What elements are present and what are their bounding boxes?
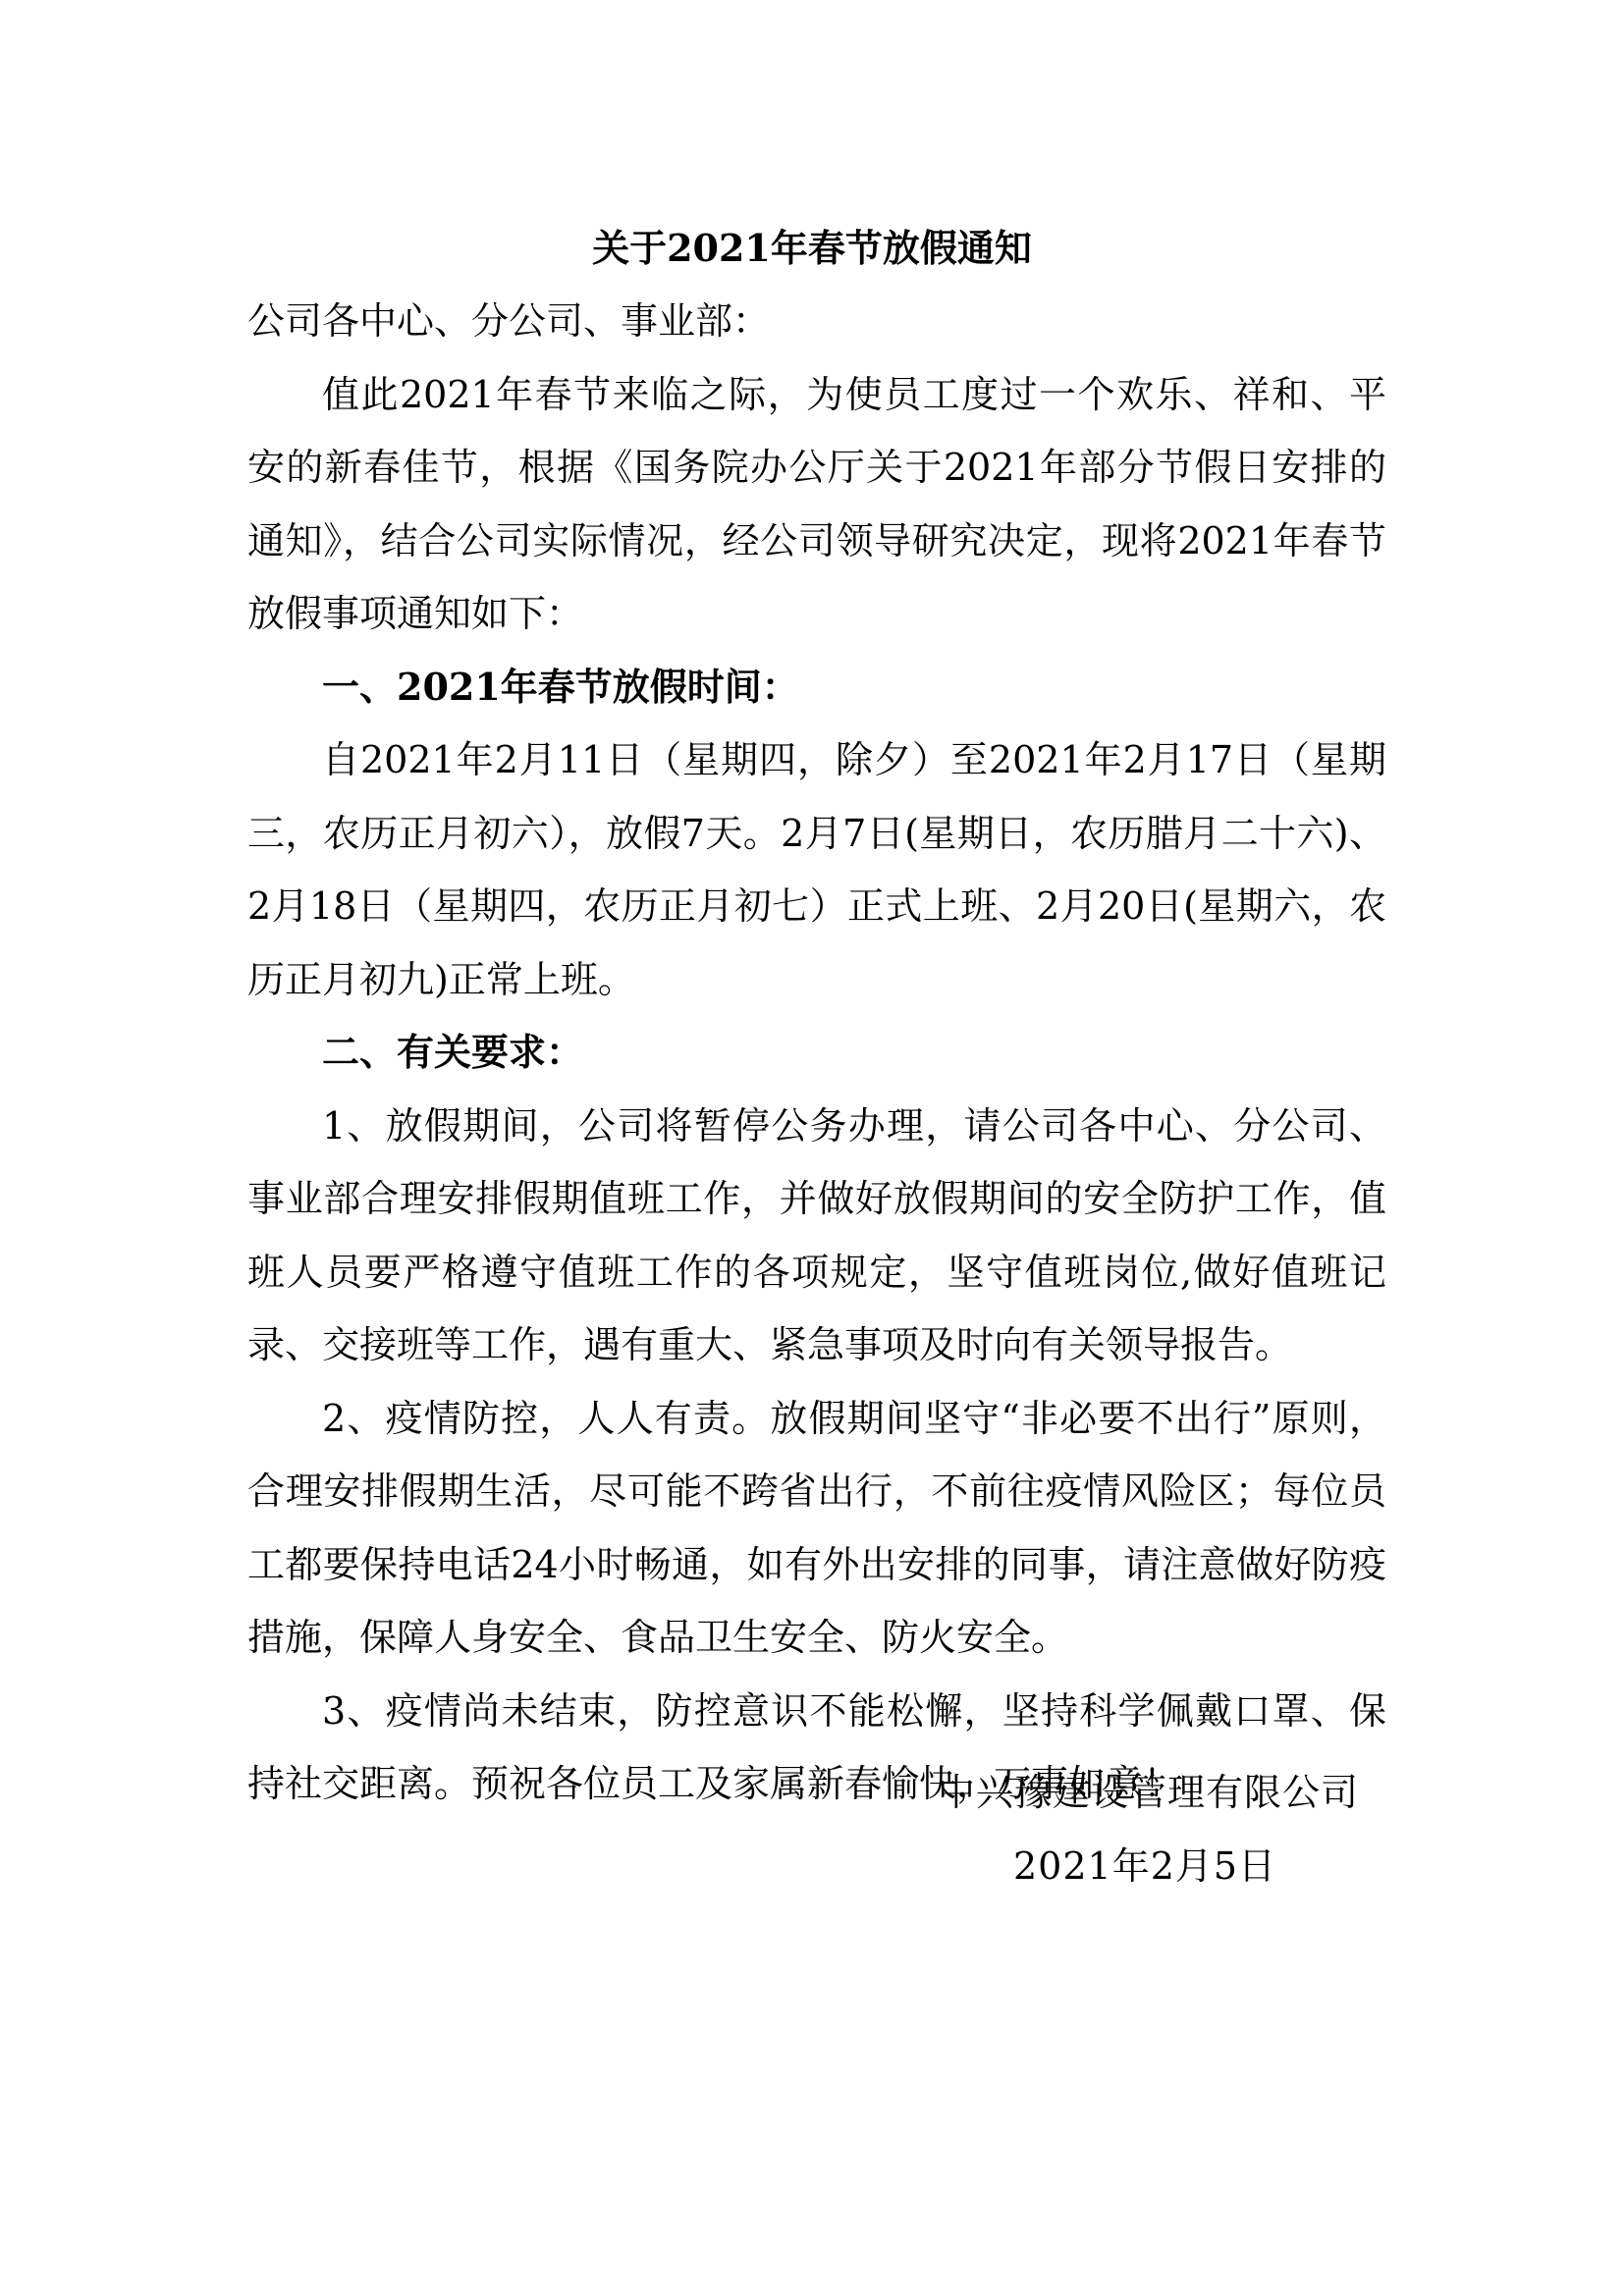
section1-heading: 一、2021年春节放假时间： [247,651,1386,724]
document-body: 公司各中心、分公司、事业部： 值此2021年春节来临之际，为使员工度过一个欢乐、… [247,285,1386,1821]
requirement-item-2: 2、疫情防控，人人有责。放假期间坚守“非必要不出行”原则，合理安排假期生活，尽可… [247,1382,1386,1675]
signature-date: 2021年2月5日 [1013,1836,1276,1890]
section1-text: 自2021年2月11日（星期四，除夕）至2021年2月17日（星期三，农历正月初… [247,723,1386,1016]
section2-heading: 二、有关要求： [247,1016,1386,1090]
document-title: 关于2021年春节放假通知 [0,218,1624,272]
requirement-item-1: 1、放假期间，公司将暂停公务办理，请公司各中心、分公司、事业部合理安排假期值班工… [247,1090,1386,1382]
salutation: 公司各中心、分公司、事业部： [247,285,1386,358]
intro-paragraph: 值此2021年春节来临之际，为使员工度过一个欢乐、祥和、平安的新春佳节，根据《国… [247,358,1386,651]
document-page: 关于2021年春节放假通知 公司各中心、分公司、事业部： 值此2021年春节来临… [0,0,1624,2296]
signature-company: 中兴豫建设管理有限公司 [938,1762,1359,1816]
